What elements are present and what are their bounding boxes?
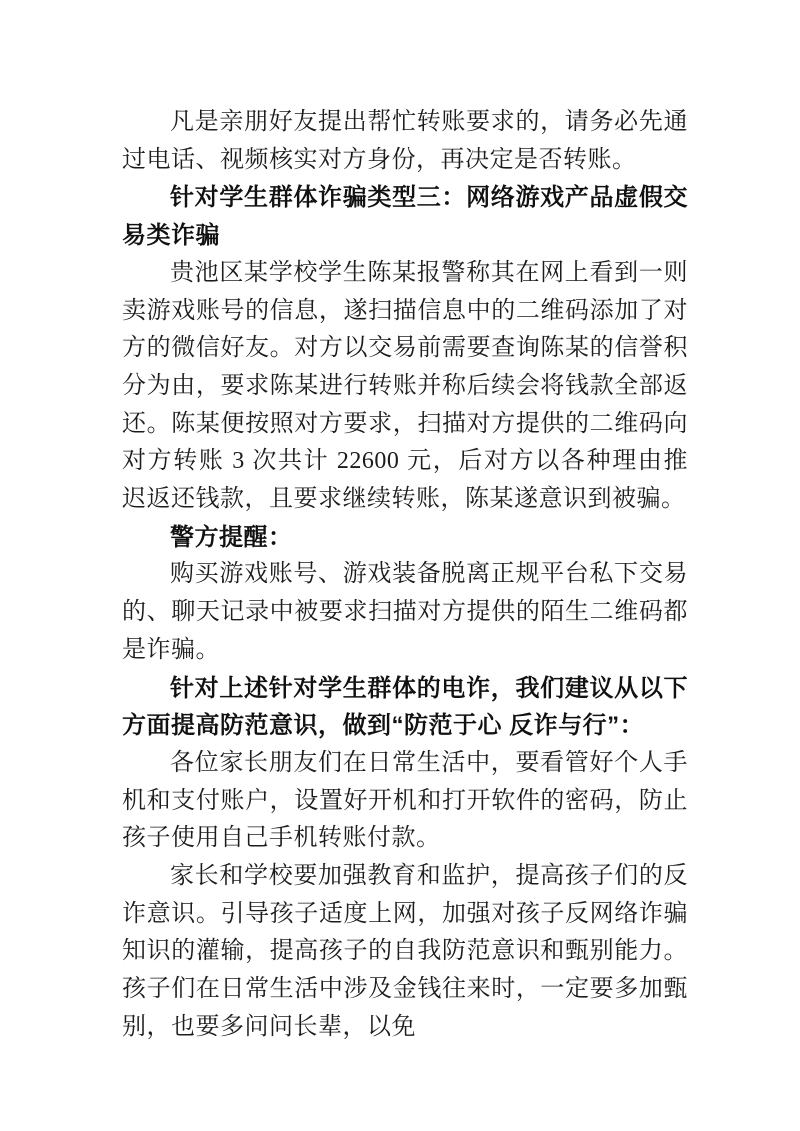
heading-paragraph: 针对学生群体诈骗类型三：网络游戏产品虚假交易类诈骗 — [122, 179, 688, 254]
document-page: 凡是亲朋好友提出帮忙转账要求的，请务必先通过电话、视频核实对方身份，再决定是否转… — [0, 0, 800, 1131]
document-content: 凡是亲朋好友提出帮忙转账要求的，请务必先通过电话、视频核实对方身份，再决定是否转… — [122, 104, 688, 1047]
body-paragraph: 家长和学校要加强教育和监护，提高孩子们的反诈意识。引导孩子适度上网，加强对孩子反… — [122, 858, 688, 1047]
body-paragraph: 各位家长朋友们在日常生活中，要看管好个人手机和支付账户，设置好开机和打开软件的密… — [122, 745, 688, 858]
body-paragraph: 凡是亲朋好友提出帮忙转账要求的，请务必先通过电话、视频核实对方身份，再决定是否转… — [122, 104, 688, 179]
heading-paragraph: 警方提醒： — [122, 519, 688, 557]
body-paragraph: 购买游戏账号、游戏装备脱离正规平台私下交易的、聊天记录中被要求扫描对方提供的陌生… — [122, 556, 688, 669]
body-paragraph: 贵池区某学校学生陈某报警称其在网上看到一则卖游戏账号的信息，遂扫描信息中的二维码… — [122, 255, 688, 519]
heading-paragraph: 针对上述针对学生群体的电诈，我们建议从以下方面提高防范意识，做到“防范于心 反诈… — [122, 670, 688, 745]
